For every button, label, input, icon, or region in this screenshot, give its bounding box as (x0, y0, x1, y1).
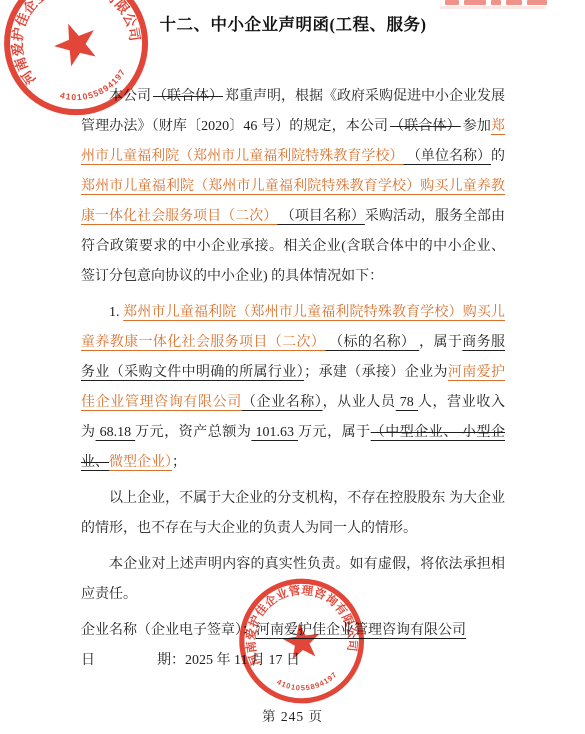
staff-prefix: ，从业人员 (323, 395, 396, 410)
enterprise-type-selected: 微型企业） (109, 455, 172, 470)
signature-company: 河南爱护佳企业管理咨询有限公司 (256, 623, 466, 638)
subject-name-label: （标的名称） (325, 335, 419, 350)
closing-semicolon: ； (172, 455, 186, 470)
document-content: 十二、中小企业声明函(工程、服务) 本公司（联合体）郑重声明，根据《政府采购促进… (81, 12, 505, 676)
participate-text: 参加 (463, 119, 491, 134)
responsibility-statement: 本企业对上述声明内容的真实性负责。如有虚假，将依法承担相应责任。 (81, 550, 505, 610)
no-large-enterprise-statement: 以上企业，不属于大企业的分支机构，不存在控股股东 为大企业的情形，也不存在与大企… (81, 484, 505, 544)
belongs-to-text: ，属于 (419, 335, 462, 350)
enterprise-name-label: （企业名称） (242, 395, 323, 410)
item-number: 1. (109, 305, 123, 320)
company-prefix: 本公司 (109, 89, 151, 104)
red-mark (506, 0, 522, 5)
page-title: 十二、中小企业声明函(工程、服务) (81, 12, 505, 38)
contractor-lead-text: ；承建（承接）企业为 (304, 365, 448, 380)
connector-de: 的 (491, 149, 505, 164)
date-line: 日期：2025 年 11 月 17 日 (81, 646, 505, 676)
assets-value: 101.63 (251, 425, 298, 440)
item-1-paragraph: 1. 郑州市儿童福利院（郑州市儿童福利院特殊教育学校）购买儿童养教康一体化社会服… (81, 298, 505, 478)
declaration-paragraph: 本公司（联合体）郑重声明，根据《政府采购促进中小企业发展管理办法》（财库〔202… (81, 82, 505, 292)
document-body: 本公司（联合体）郑重声明，根据《政府采购促进中小企业发展管理办法》（财库〔202… (81, 82, 505, 676)
type-prefix: 万元，属于 (298, 425, 371, 440)
consortium-struck-1: （联合体） (151, 89, 225, 104)
red-mark (445, 0, 459, 5)
date-label-ri: 日 (81, 653, 95, 668)
unit-name-label: （单位名称） (403, 149, 491, 164)
declaration-document-page: { "title": "十二、中小企业声明函(工程、服务)", "p1": [ … (0, 0, 585, 734)
consortium-struck-2: （联合体） (388, 119, 463, 134)
signature-label: 企业名称（企业电子签章）： (81, 623, 256, 638)
project-name-label: （项目名称） (277, 209, 365, 224)
date-value: 期：2025 年 11 月 17 日 (157, 653, 300, 668)
assets-prefix: 万元，资产总额为 (135, 425, 251, 440)
red-mark (491, 0, 501, 5)
red-mark (464, 0, 486, 5)
revenue-value: 68.18 (96, 425, 136, 440)
page-number-footer: 第 245 页 (0, 705, 585, 725)
red-mark (527, 0, 547, 5)
cutoff-red-text-fragment-faint (440, 6, 545, 9)
signature-line: 企业名称（企业电子签章）：河南爱护佳企业管理咨询有限公司 (81, 616, 505, 646)
cutoff-red-text-fragment (445, 0, 547, 5)
staff-count-value: 78 (396, 395, 418, 410)
